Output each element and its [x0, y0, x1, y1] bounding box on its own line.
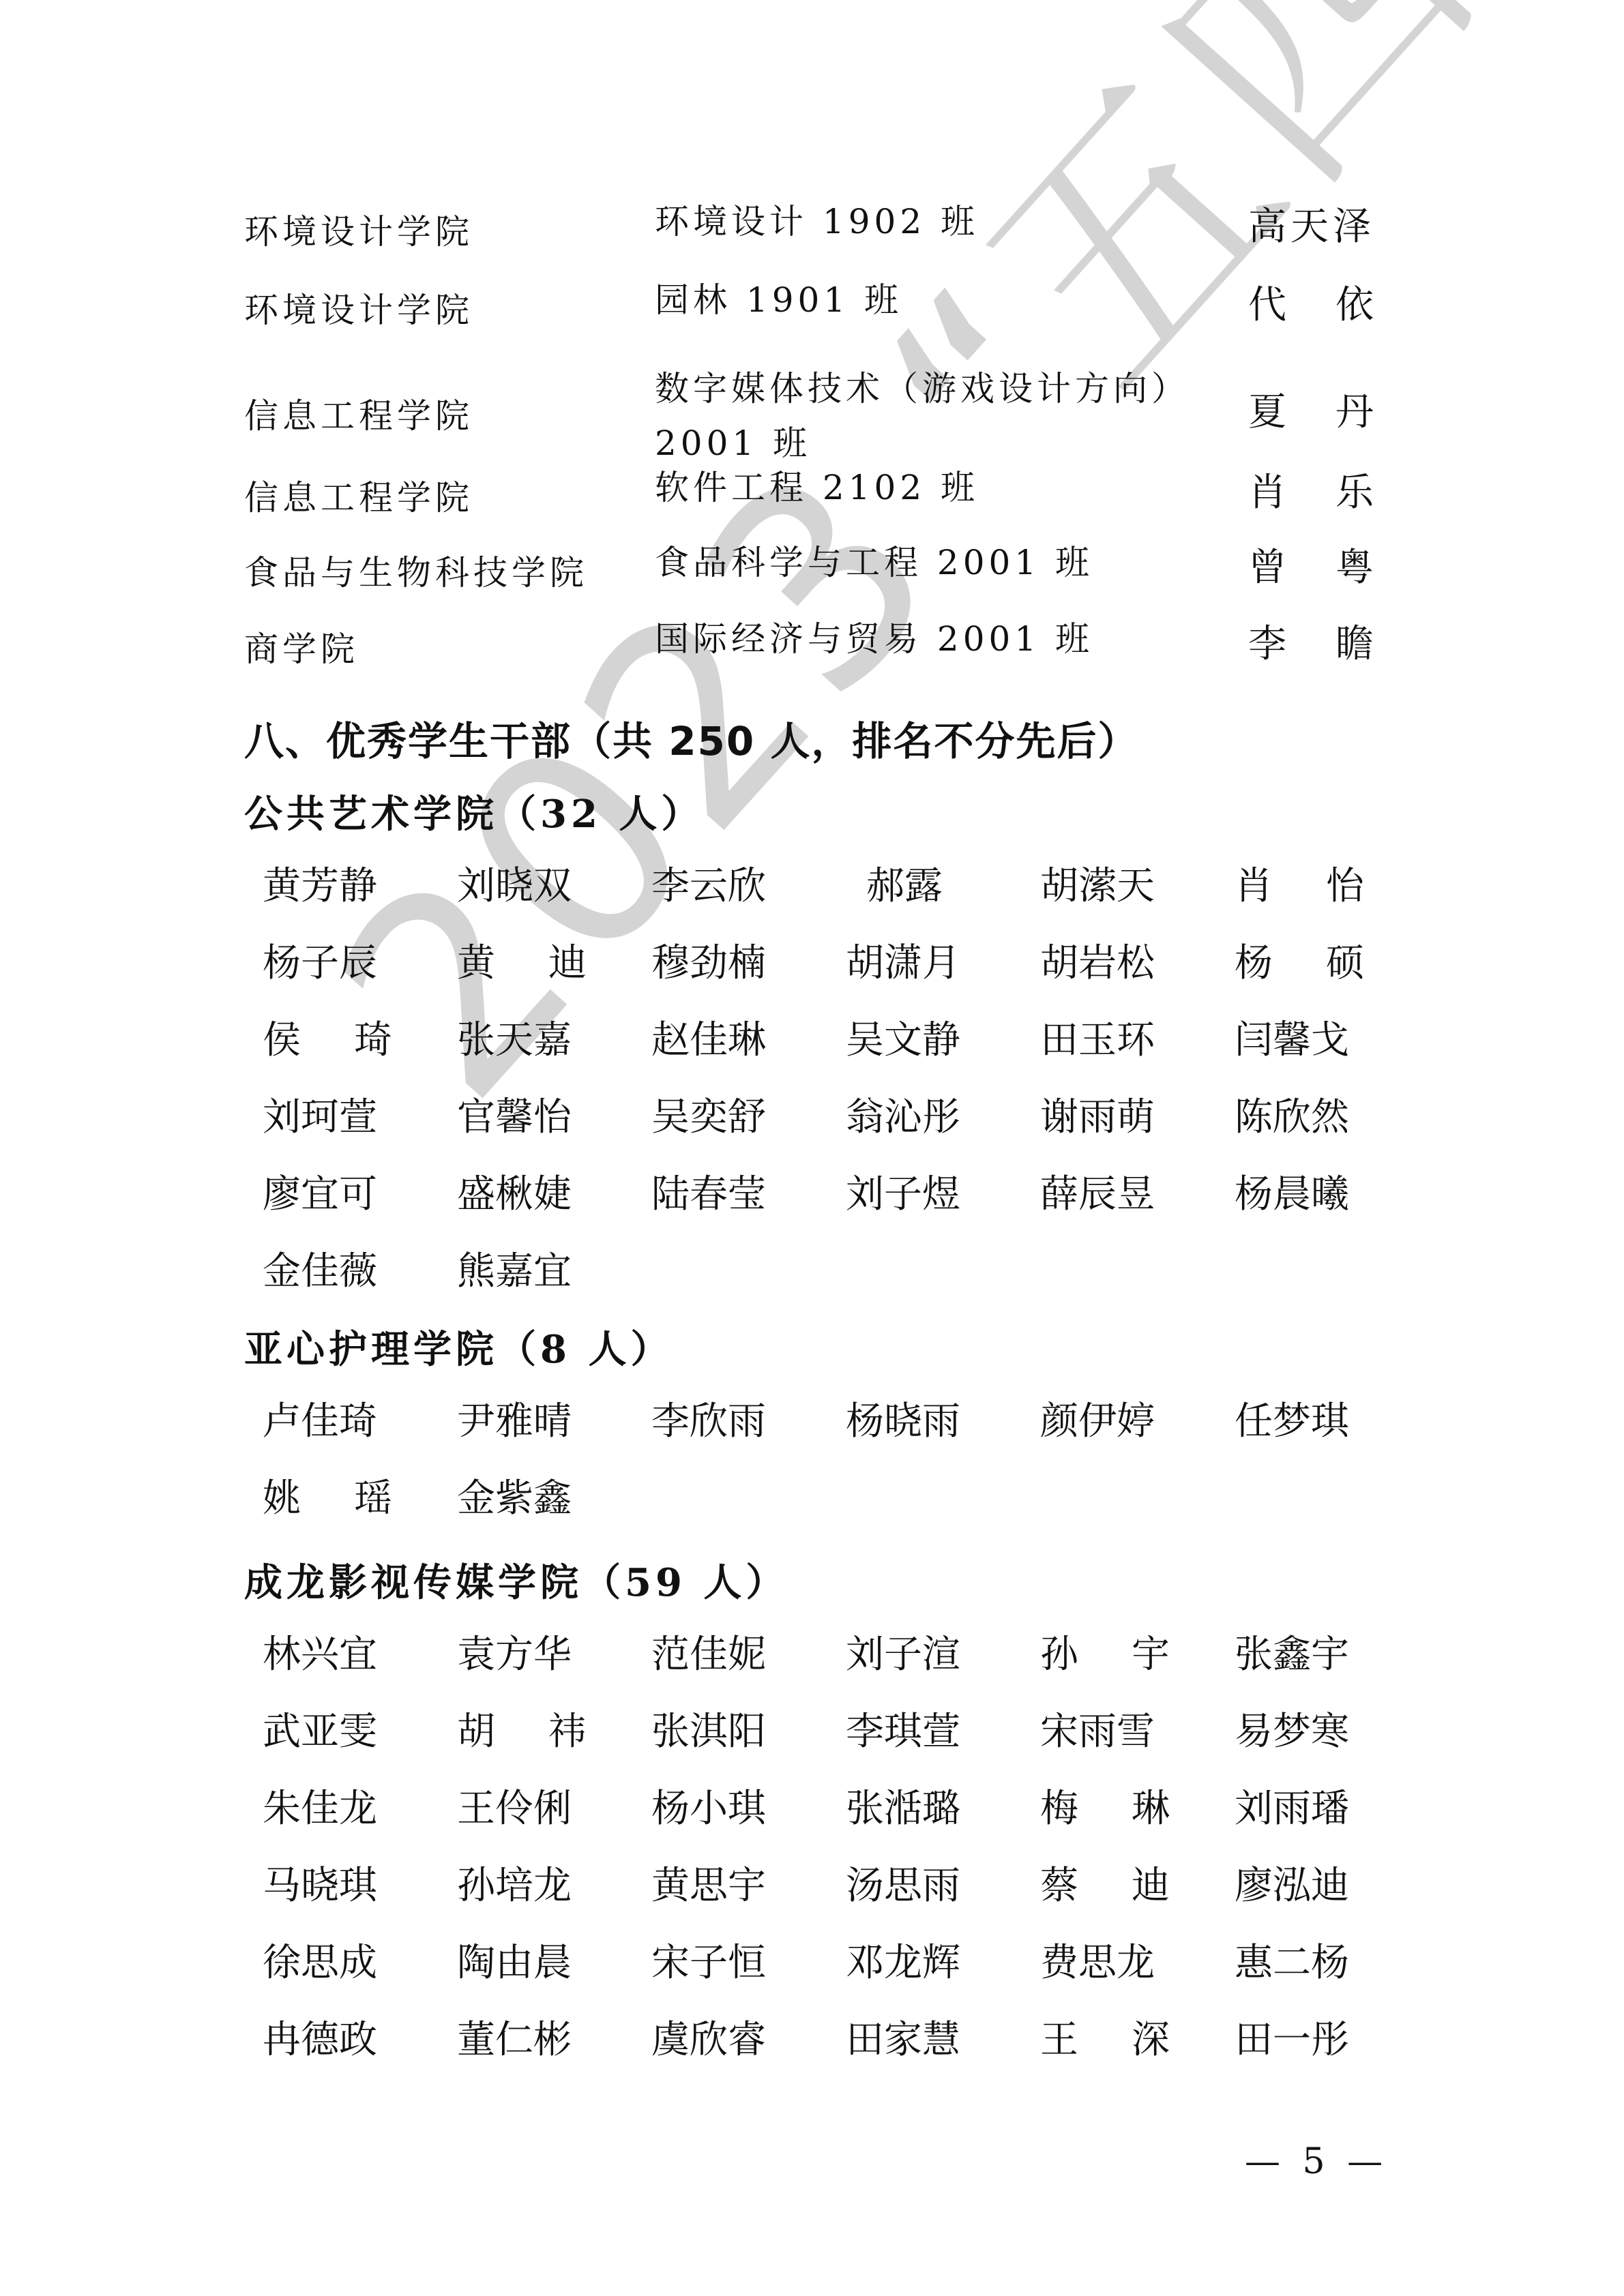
student-name: 武亚雯: [263, 1701, 399, 1778]
student-name: 汤思雨: [846, 1855, 982, 1933]
class-cell: 国际经济与贸易 2001 班: [655, 612, 1093, 666]
name-char: 侯: [263, 1010, 301, 1087]
student-name: 袁方华: [457, 1624, 593, 1701]
student-name: 胡祎: [457, 1701, 587, 1778]
name-char: 黄: [457, 933, 495, 1010]
college-cell: 商学院: [244, 622, 359, 671]
student-name: 李琪萱: [846, 1701, 982, 1778]
student-name: 杨晓雨: [846, 1391, 982, 1468]
student-name-cell: 代依: [1248, 275, 1378, 329]
student-name: 刘晓双: [457, 856, 593, 933]
student-name: 金紫鑫: [457, 1468, 593, 1545]
student-name: 刘雨璠: [1235, 1778, 1371, 1855]
student-name: 陆春莹: [651, 1164, 788, 1241]
student-name: 梅琳: [1040, 1778, 1170, 1855]
student-name: 田家慧: [846, 2010, 982, 2087]
student-name: 邓龙辉: [846, 1933, 982, 2010]
student-name: 任梦琪: [1235, 1391, 1371, 1468]
name-char: 姚: [263, 1468, 301, 1545]
student-name: 李云欣: [651, 856, 788, 933]
class-cell: 环境设计 1902 班: [655, 194, 979, 249]
student-name: 胡岩松: [1040, 933, 1177, 1010]
student-name: 肖怡: [1235, 856, 1364, 933]
class-cell: 数字媒体技术（游戏设计方向）2001 班: [655, 361, 1190, 471]
name-char: 迪: [1132, 1855, 1170, 1933]
section-heading: 八、优秀学生干部（共 250 人，排名不分先后）: [244, 709, 1138, 766]
student-name: 官馨怡: [457, 1087, 593, 1164]
name-char: 代: [1248, 275, 1290, 329]
class-line: 食品科学与工程 2001 班: [655, 535, 1093, 590]
student-name: 卢佳琦: [263, 1391, 399, 1468]
student-name: 刘珂萱: [263, 1087, 399, 1164]
student-name-cell: 李瞻: [1248, 614, 1378, 668]
page-content: 环境设计学院环境设计 1902 班高天泽环境设计学院园林 1901 班代依信息工…: [0, 0, 1624, 2296]
college-cell: 信息工程学院: [244, 471, 473, 520]
student-name-cell: 曾粤: [1248, 537, 1378, 592]
student-name: 翁沁彤: [846, 1087, 982, 1164]
student-name: 陈欣然: [1235, 1087, 1371, 1164]
name-char: 肖: [1248, 462, 1290, 517]
student-name: 廖泓迪: [1235, 1855, 1371, 1933]
student-name: 张鑫宇: [1235, 1624, 1371, 1701]
student-name: 张淇阳: [651, 1701, 788, 1778]
student-name: 尹雅晴: [457, 1391, 593, 1468]
college-cell: 信息工程学院: [244, 389, 473, 438]
class-cell: 软件工程 2102 班: [655, 460, 979, 515]
name-char: 孙: [1040, 1624, 1078, 1701]
student-name: 王深: [1040, 2010, 1170, 2087]
class-line: 园林 1901 班: [655, 273, 902, 327]
student-name: 吴文静: [846, 1010, 982, 1087]
student-name: 赵佳琳: [651, 1010, 788, 1087]
student-name: 谢雨萌: [1040, 1087, 1177, 1164]
student-name: 刘子煜: [846, 1164, 982, 1241]
student-name: 张湉璐: [846, 1778, 982, 1855]
student-name: 徐思成: [263, 1933, 399, 2010]
student-name: 金佳薇: [263, 1241, 399, 1318]
name-char: 瞻: [1335, 614, 1378, 668]
class-cell: 园林 1901 班: [655, 273, 902, 327]
college-cell: 食品与生物科技学院: [244, 546, 588, 595]
name-char: 肖: [1235, 856, 1273, 933]
name-char: 粤: [1335, 537, 1378, 592]
name-char: 宇: [1132, 1624, 1170, 1701]
student-name-cell: 高天泽: [1248, 196, 1378, 251]
college-cell: 环境设计学院: [244, 283, 473, 332]
name-grid-film-media: 林兴宜袁方华范佳妮刘子渲孙宇张鑫宇武亚雯胡祎张淇阳李琪萱宋雨雪易梦寒朱佳龙王伶俐…: [263, 1624, 1436, 2087]
college-cell: 环境设计学院: [244, 205, 473, 254]
name-char: 曾: [1248, 537, 1290, 592]
student-name: 侯琦: [263, 1010, 392, 1087]
name-char: 王: [1040, 2010, 1078, 2087]
student-name: 闫馨戈: [1235, 1010, 1371, 1087]
student-name: 朱佳龙: [263, 1778, 399, 1855]
name-char: 夏: [1248, 382, 1290, 436]
college-heading-nursing: 亚心护理学院（8 人）: [244, 1320, 673, 1374]
student-name: 胡潇月: [846, 933, 982, 1010]
name-char: 胡: [457, 1701, 495, 1778]
name-char: 祎: [548, 1701, 587, 1778]
student-name: 刘子渲: [846, 1624, 982, 1701]
student-name: 张天嘉: [457, 1010, 593, 1087]
student-name: 田一彤: [1235, 2010, 1371, 2087]
student-name: 惠二杨: [1235, 1933, 1371, 2010]
student-name: 黄思宇: [651, 1855, 788, 1933]
name-char: 杨: [1235, 933, 1273, 1010]
class-line: 软件工程 2102 班: [655, 460, 979, 515]
class-line: 数字媒体技术（游戏设计方向）: [655, 361, 1190, 416]
student-name: 薛辰昱: [1040, 1164, 1177, 1241]
student-name: 王伶俐: [457, 1778, 593, 1855]
student-name: 杨晨曦: [1235, 1164, 1371, 1241]
page-number: — 5 —: [1245, 2141, 1388, 2182]
student-name: 吴奕舒: [651, 1087, 788, 1164]
student-name: 费思龙: [1040, 1933, 1177, 2010]
student-name: 董仁彬: [457, 2010, 593, 2087]
name-char: 梅: [1040, 1778, 1078, 1855]
name-grid-public-art: 黄芳静刘晓双李云欣郝露胡潆天肖怡杨子辰黄迪穆劲楠胡潇月胡岩松杨硕侯琦张天嘉赵佳琳…: [263, 856, 1436, 1318]
name-char: 深: [1132, 2010, 1170, 2087]
name-char: 丹: [1335, 382, 1378, 436]
student-name: 宋雨雪: [1040, 1701, 1177, 1778]
student-name: 杨子辰: [263, 933, 399, 1010]
student-name: 杨小琪: [651, 1778, 788, 1855]
name-char: 瑶: [354, 1468, 392, 1545]
student-name: 冉德政: [263, 2010, 399, 2087]
student-name: 范佳妮: [651, 1624, 788, 1701]
student-name-cell: 肖乐: [1248, 462, 1378, 517]
student-name: 胡潆天: [1040, 856, 1177, 933]
student-name: 孙培龙: [457, 1855, 593, 1933]
student-name: 颜伊婷: [1040, 1391, 1177, 1468]
student-name: 李欣雨: [651, 1391, 788, 1468]
name-char: 迪: [548, 933, 587, 1010]
name-char: 乐: [1335, 462, 1378, 517]
college-heading-film-media: 成龙影视传媒学院（59 人）: [244, 1553, 788, 1607]
college-heading-public-art: 公共艺术学院（32 人）: [244, 784, 703, 839]
student-name: 姚瑶: [263, 1468, 392, 1545]
student-name: 廖宜可: [263, 1164, 399, 1241]
name-char: 硕: [1326, 933, 1364, 1010]
student-name: 马晓琪: [263, 1855, 399, 1933]
student-name: 盛楸婕: [457, 1164, 593, 1241]
student-name-cell: 夏丹: [1248, 382, 1378, 436]
student-name: 黄迪: [457, 933, 587, 1010]
student-name: 熊嘉宜: [457, 1241, 593, 1318]
class-line: 环境设计 1902 班: [655, 194, 979, 249]
student-name: 孙宇: [1040, 1624, 1170, 1701]
student-name: 田玉环: [1040, 1010, 1177, 1087]
student-name: 黄芳静: [263, 856, 399, 933]
name-char: 依: [1335, 275, 1378, 329]
student-name: 虞欣睿: [651, 2010, 788, 2087]
name-char: 琦: [354, 1010, 392, 1087]
name-char: 李: [1248, 614, 1290, 668]
student-name: 郝露: [846, 856, 1003, 933]
student-name: 易梦寒: [1235, 1701, 1371, 1778]
class-line: 国际经济与贸易 2001 班: [655, 612, 1093, 666]
class-cell: 食品科学与工程 2001 班: [655, 535, 1093, 590]
document-page: 2023 “五四” 评选 环境设计学院环境设计 1902 班高天泽环境设计学院园…: [0, 0, 1624, 2296]
student-name: 陶由晨: [457, 1933, 593, 2010]
name-char: 怡: [1326, 856, 1364, 933]
student-name: 杨硕: [1235, 933, 1364, 1010]
student-name: 宋子恒: [651, 1933, 788, 2010]
student-name: 蔡迪: [1040, 1855, 1170, 1933]
student-name: 林兴宜: [263, 1624, 399, 1701]
student-name: 穆劲楠: [651, 933, 788, 1010]
name-char: 琳: [1132, 1778, 1170, 1855]
name-grid-nursing: 卢佳琦尹雅晴李欣雨杨晓雨颜伊婷任梦琪姚瑶金紫鑫: [263, 1391, 1436, 1545]
name-char: 蔡: [1040, 1855, 1078, 1933]
